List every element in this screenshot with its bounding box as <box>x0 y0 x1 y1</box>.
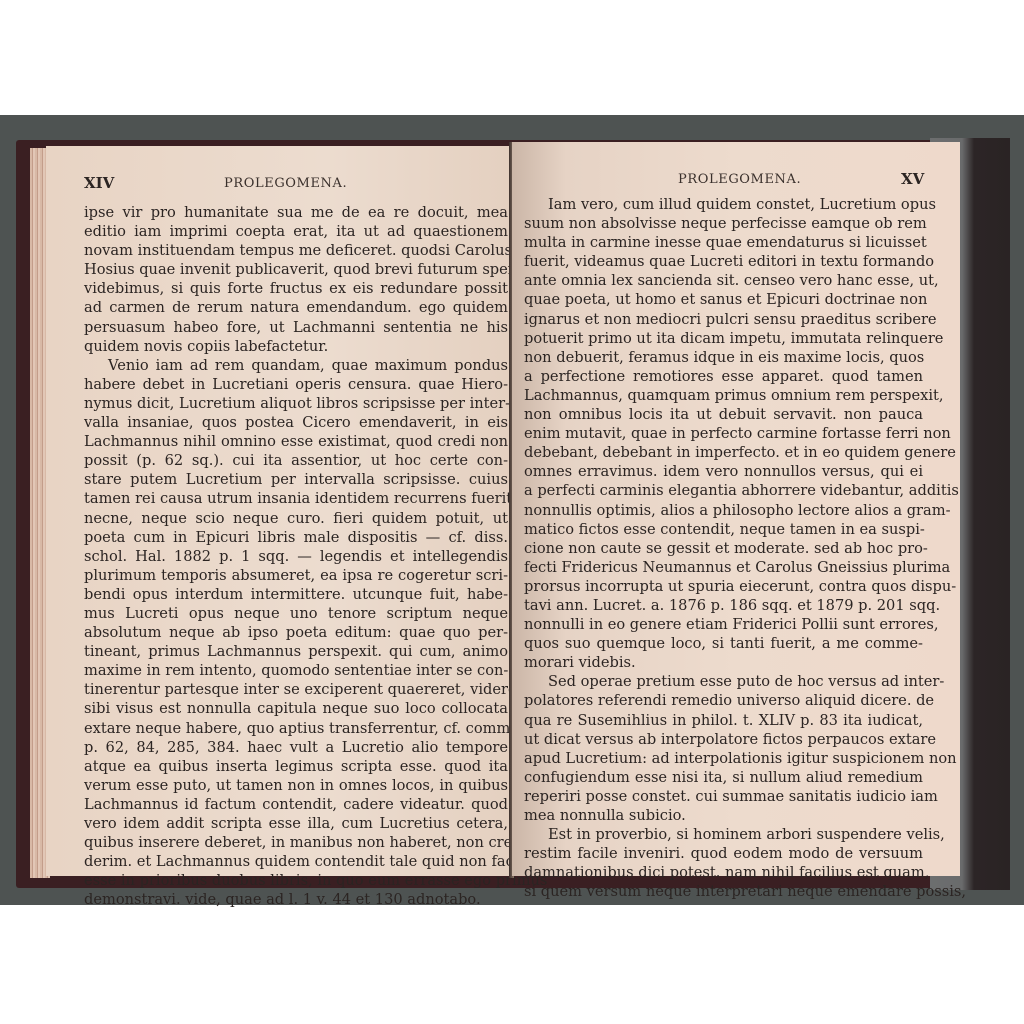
text-line: valla insaniae, quos postea Cicero emend… <box>84 413 508 432</box>
right-page-body: Iam vero, cum illud quidem constet, Lucr… <box>524 195 923 901</box>
text-line: absolutum neque ab ipso poeta editum: qu… <box>84 623 508 642</box>
text-line: ad carmen de rerum natura emendandum. eg… <box>84 298 508 317</box>
text-line: Lachmannus, quamquam primus omnium rem p… <box>524 386 923 405</box>
text-line: si quem versum neque interpretari neque … <box>524 882 923 901</box>
text-line: ut dicat versus ab interpolatore fictos … <box>524 730 923 749</box>
text-line: a perfecti carminis elegantia abhorrere … <box>524 481 923 500</box>
text-line: Lachmannus id factum contendit, cadere v… <box>84 795 508 814</box>
text-line: non omnibus locis ita ut debuit servavit… <box>524 405 923 424</box>
text-line: poeta cum in Epicuri libris male disposi… <box>84 528 508 547</box>
text-line: stare putem Lucretium per intervalla scr… <box>84 470 508 489</box>
text-line: nonnulli in eo genere etiam Friderici Po… <box>524 615 923 634</box>
text-line: mea nonnulla subicio. <box>524 806 923 825</box>
text-line: p. 62, 84, 285, 384. haec vult a Lucreti… <box>84 738 508 757</box>
left-page: XIV PROLEGOMENA. ipse vir pro humanitate… <box>46 146 512 876</box>
text-line: nonnullis optimis, alios a philosopho le… <box>524 501 923 520</box>
text-line: tavi ann. Lucret. a. 1876 p. 186 sqq. et… <box>524 596 923 615</box>
text-line: schol. Hal. 1882 p. 1 sqq. — legendis et… <box>84 547 508 566</box>
text-line: esse in prioribus duobus libris, in quo … <box>84 871 508 890</box>
text-line: quidem novis copiis labefactetur. <box>84 337 508 356</box>
text-line: Sed operae pretium esse puto de hoc vers… <box>524 672 923 691</box>
text-line: confugiendum esse nisi ita, si nullum al… <box>524 768 923 787</box>
text-line: mus Lucreti opus neque uno tenore script… <box>84 604 508 623</box>
text-line: tineant, primus Lachmannus perspexit. qu… <box>84 642 508 661</box>
text-line: enim mutavit, quae in perfecto carmine f… <box>524 424 923 443</box>
text-line: apud Lucretium: ad interpolationis igitu… <box>524 749 923 768</box>
text-line: debebant, debebant in imperfecto. et in … <box>524 443 923 462</box>
text-line: demonstravi. vide, quae ad l. 1 v. 44 et… <box>84 890 508 909</box>
text-line: Hosius quae invenit publicaverit, quod b… <box>84 260 508 279</box>
text-line: qua re Susemihlius in philol. t. XLIV p.… <box>524 711 923 730</box>
text-line: sibi visus est nonnulla capitula neque s… <box>84 699 508 718</box>
text-line: novam instituendam tempus me deficeret. … <box>84 241 508 260</box>
running-head-right: PROLEGOMENA. <box>678 172 801 187</box>
text-line: derim. et Lachmannus quidem contendit ta… <box>84 852 508 871</box>
text-line: videbimus, si quis forte fructus ex eis … <box>84 279 508 298</box>
text-line: plurimum temporis absumeret, ea ipsa re … <box>84 566 508 585</box>
text-line: Lachmannus nihil omnino esse existimat, … <box>84 432 508 451</box>
text-line: polatores referendi remedio universo ali… <box>524 691 923 710</box>
text-line: ante omnia lex sancienda sit. censeo ver… <box>524 271 923 290</box>
text-line: multa in carmine inesse quae emendaturus… <box>524 233 923 252</box>
text-line: possit (p. 62 sq.). cui ita assentior, u… <box>84 451 508 470</box>
text-line: suum non absolvisse neque perfecisse eam… <box>524 214 923 233</box>
text-line: Iam vero, cum illud quidem constet, Lucr… <box>524 195 923 214</box>
text-line: quos suo quemque loco, si tanti fuerit, … <box>524 634 923 653</box>
text-line: vero idem addit scripta esse illa, cum L… <box>84 814 508 833</box>
text-line: reperiri posse constet. cui summae sanit… <box>524 787 923 806</box>
text-line: maxime in rem intento, quomodo sententia… <box>84 661 508 680</box>
text-line: fuerit, videamus quae Lucreti editori in… <box>524 252 923 271</box>
text-line: tamen rei causa utrum insania identidem … <box>84 489 508 508</box>
text-line: editio iam imprimi coepta erat, ita ut a… <box>84 222 508 241</box>
text-line: non debuerit, feramus idque in eis maxim… <box>524 348 923 367</box>
text-line: potuerit primo ut ita dicam impetu, immu… <box>524 329 923 348</box>
text-line: ignarus et non mediocri pulcri sensu pra… <box>524 310 923 329</box>
text-line: omnes erravimus. idem vero nonnullos ver… <box>524 462 923 481</box>
text-line: ipse vir pro humanitate sua me de ea re … <box>84 203 508 222</box>
text-line: bendi opus interdum intermittere. utcunq… <box>84 585 508 604</box>
left-page-body: ipse vir pro humanitate sua me de ea re … <box>84 203 508 909</box>
text-line: matico fictos esse contendit, neque tame… <box>524 520 923 539</box>
text-line: fecti Fridericus Neumannus et Carolus Gn… <box>524 558 923 577</box>
text-line: damnationibus dici potest. nam nihil fac… <box>524 863 923 882</box>
text-line: a perfectione remotiores esse apparet. q… <box>524 367 923 386</box>
text-line: atque ea quibus inserta legimus scripta … <box>84 757 508 776</box>
page-number-right: XV <box>901 170 924 188</box>
text-line: Venio iam ad rem quandam, quae maximum p… <box>84 356 508 375</box>
text-line: habere debet in Lucretiani operis censur… <box>84 375 508 394</box>
text-line: Est in proverbio, si hominem arbori susp… <box>524 825 923 844</box>
text-line: extare neque habere, quo aptius transfer… <box>84 719 508 738</box>
text-line: verum esse puto, ut tamen non in omnes l… <box>84 776 508 795</box>
text-line: nymus dicit, Lucretium aliquot libros sc… <box>84 394 508 413</box>
text-line: restim facile inveniri. quod eodem modo … <box>524 844 923 863</box>
running-head-left: PROLEGOMENA. <box>224 176 347 191</box>
text-line: necne, neque scio neque curo. fieri quid… <box>84 509 508 528</box>
text-line: quibus inserere deberet, in manibus non … <box>84 833 508 852</box>
text-line: morari videbis. <box>524 653 923 672</box>
page-number-left: XIV <box>84 174 114 192</box>
text-line: persuasum habeo fore, ut Lachmanni sente… <box>84 318 508 337</box>
text-line: tinerentur partesque inter se exciperent… <box>84 680 508 699</box>
text-line: prorsus incorrupta ut spuria eiecerunt, … <box>524 577 923 596</box>
text-line: cione non caute se gessit et moderate. s… <box>524 539 923 558</box>
text-line: quae poeta, ut homo et sanus et Epicuri … <box>524 290 923 309</box>
right-page: PROLEGOMENA. XV Iam vero, cum illud quid… <box>512 142 960 876</box>
